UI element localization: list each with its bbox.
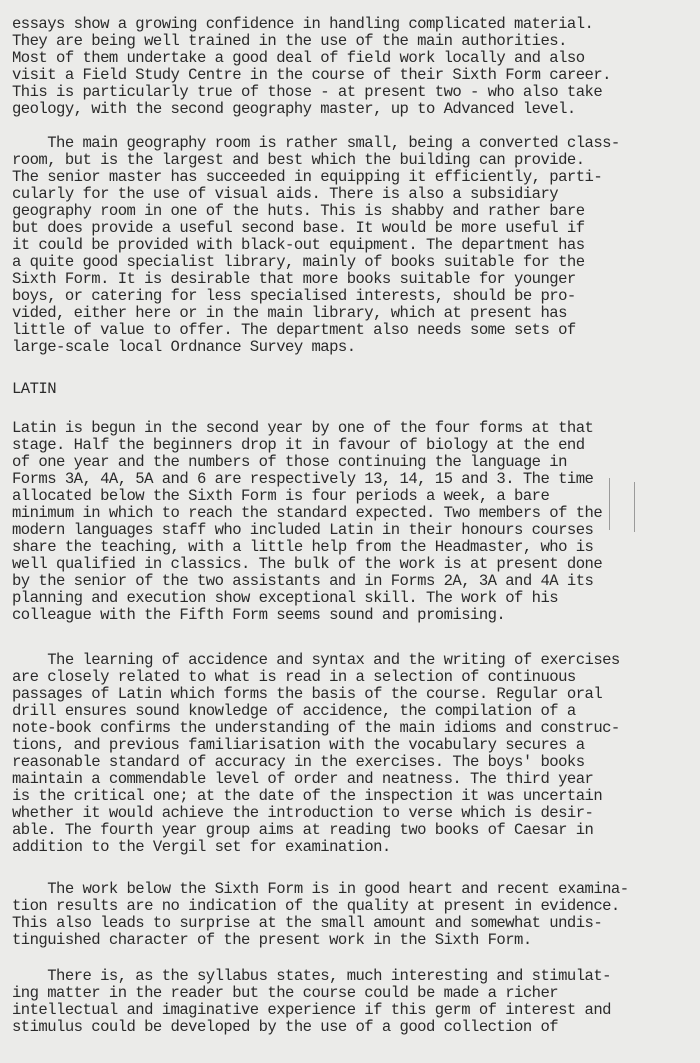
text-line: This also leads to surprise at the small…	[12, 915, 602, 932]
text-line: There is, as the syllabus states, much i…	[12, 968, 611, 985]
text-line: are closely related to what is read in a…	[12, 669, 576, 686]
text-line: planning and execution show exceptional …	[12, 590, 558, 607]
text-line: colleague with the Fifth Form seems soun…	[12, 607, 505, 624]
text-line: They are being well trained in the use o…	[12, 33, 567, 50]
text-line: but does provide a useful second base. I…	[12, 220, 585, 237]
text-line: passages of Latin which forms the basis …	[12, 686, 602, 703]
text-line: geology, with the second geography maste…	[12, 101, 576, 118]
text-line: by the senior of the two assistants and …	[12, 573, 593, 590]
scan-artifact-line	[609, 478, 610, 530]
text-line: Latin is begun in the second year by one…	[12, 420, 593, 437]
text-line: The senior master has succeeded in equip…	[12, 169, 602, 186]
text-line: note-book confirms the understanding of …	[12, 720, 620, 737]
text-line: Sixth Form. It is desirable that more bo…	[12, 271, 576, 288]
text-line: of one year and the numbers of those con…	[12, 454, 567, 471]
section-heading-latin: LATIN	[12, 381, 56, 398]
typewritten-page: essays show a growing confidence in hand…	[0, 0, 700, 1063]
text-line: large-scale local Ordnance Survey maps.	[12, 339, 356, 356]
text-line: vided, either here or in the main librar…	[12, 305, 567, 322]
text-line: Most of them undertake a good deal of fi…	[12, 50, 585, 67]
text-line: is the critical one; at the date of the …	[12, 788, 602, 805]
text-line: tinguished character of the present work…	[12, 932, 532, 949]
text-line: stage. Half the beginners drop it in fav…	[12, 437, 585, 454]
text-line: share the teaching, with a little help f…	[12, 539, 593, 556]
text-line: intellectual and imaginative experience …	[12, 1002, 611, 1019]
text-line: well qualified in classics. The bulk of …	[12, 556, 602, 573]
text-line: Forms 3A, 4A, 5A and 6 are respectively …	[12, 471, 593, 488]
text-line: tion results are no indication of the qu…	[12, 898, 620, 915]
scan-artifact-line	[634, 482, 635, 532]
text-line: The work below the Sixth Form is in good…	[12, 881, 629, 898]
text-line: a quite good specialist library, mainly …	[12, 254, 585, 271]
text-line: minimum in which to reach the standard e…	[12, 505, 602, 522]
text-line: tions, and previous familiarisation with…	[12, 737, 585, 754]
text-line: boys, or catering for less specialised i…	[12, 288, 576, 305]
text-line: room, but is the largest and best which …	[12, 152, 585, 169]
text-line: allocated below the Sixth Form is four p…	[12, 488, 549, 505]
text-line: cularly for the use of visual aids. Ther…	[12, 186, 558, 203]
text-line: The learning of accidence and syntax and…	[12, 652, 620, 669]
text-line: drill ensures sound knowledge of acciden…	[12, 703, 576, 720]
text-line: essays show a growing confidence in hand…	[12, 16, 593, 33]
text-line: reasonable standard of accuracy in the e…	[12, 754, 585, 771]
text-line: it could be provided with black-out equi…	[12, 237, 585, 254]
text-line: This is particularly true of those - at …	[12, 84, 602, 101]
text-line: addition to the Vergil set for examinati…	[12, 839, 391, 856]
text-line: visit a Field Study Centre in the course…	[12, 67, 611, 84]
text-line: ing matter in the reader but the course …	[12, 985, 558, 1002]
text-line: modern languages staff who included Lati…	[12, 522, 593, 539]
text-line: geography room in one of the huts. This …	[12, 203, 585, 220]
text-line: The main geography room is rather small,…	[12, 135, 620, 152]
text-line: stimulus could be developed by the use o…	[12, 1019, 558, 1036]
text-line: little of value to offer. The department…	[12, 322, 576, 339]
text-line: able. The fourth year group aims at read…	[12, 822, 593, 839]
text-line: whether it would achieve the introductio…	[12, 805, 593, 822]
text-line: maintain a commendable level of order an…	[12, 771, 593, 788]
